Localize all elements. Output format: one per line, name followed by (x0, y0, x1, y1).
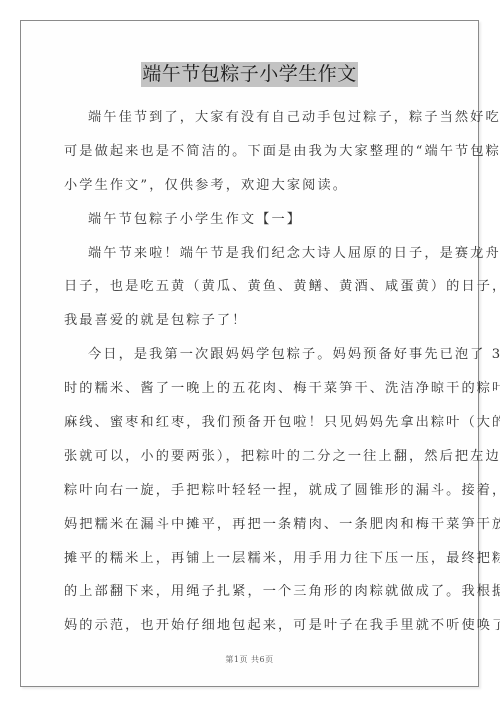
body-line: 端午节来啦！端午节是我们纪念大诗人屈原的日子，是赛龙舟的 (64, 237, 439, 271)
body-line: 粽叶向右一旋，手把粽叶轻轻一捏，就成了圆锥形的漏斗。接着，妈 (64, 474, 439, 508)
body-line: 妈的示范，也开始仔细地包起来，可是叶子在我手里就不听使唤了， (64, 609, 439, 643)
title-container: 端午节包粽子小学生作文 (21, 62, 478, 87)
page-number-footer: 第1页 共6页 (21, 654, 478, 665)
body-line: 麻线、蜜枣和红枣，我们预备开包啦！只见妈妈先拿出粽叶（大的一 (64, 406, 439, 440)
body-line: 今日，是我第一次跟妈妈学包粽子。妈妈预备好事先已泡了 3 小 (64, 338, 439, 372)
body-line: 端午佳节到了，大家有没有自己动手包过粽子，粽子当然好吃， (64, 101, 439, 135)
body-line: 张就可以，小的要两张），把粽叶的二分之一往上翻，然后把左边的 (64, 440, 439, 474)
body-line: 我最喜爱的就是包粽子了！ (64, 304, 439, 338)
body-line: 日子，也是吃五黄（黄瓜、黄鱼、黄鳝、黄酒、咸蛋黄）的日子，但 (64, 270, 439, 304)
body-line: 可是做起来也是不简洁的。下面是由我为大家整理的“端午节包粽子 (64, 135, 439, 169)
body-line: 小学生作文”，仅供参考，欢迎大家阅读。 (64, 169, 439, 203)
document-body: 端午佳节到了，大家有没有自己动手包过粽子，粽子当然好吃， 可是做起来也是不简洁的… (64, 101, 439, 643)
body-line: 摊平的糯米上，再铺上一层糯米，用手用力往下压一压，最终把粽子 (64, 542, 439, 576)
body-line: 时的糯米、酱了一晚上的五花肉、梅干菜笋干、洗洁净晾干的粽叶、 (64, 372, 439, 406)
body-line: 的上部翻下来，用绳子扎紧，一个三角形的肉粽就做成了。我根据妈 (64, 575, 439, 609)
body-line: 妈把糯米在漏斗中摊平，再把一条精肉、一条肥肉和梅干菜笋干放在 (64, 508, 439, 542)
section-heading: 端午节包粽子小学生作文【一】 (64, 203, 439, 237)
document-page: 端午节包粽子小学生作文 端午佳节到了，大家有没有自己动手包过粽子，粽子当然好吃，… (20, 20, 479, 687)
document-title: 端午节包粽子小学生作文 (141, 62, 358, 87)
